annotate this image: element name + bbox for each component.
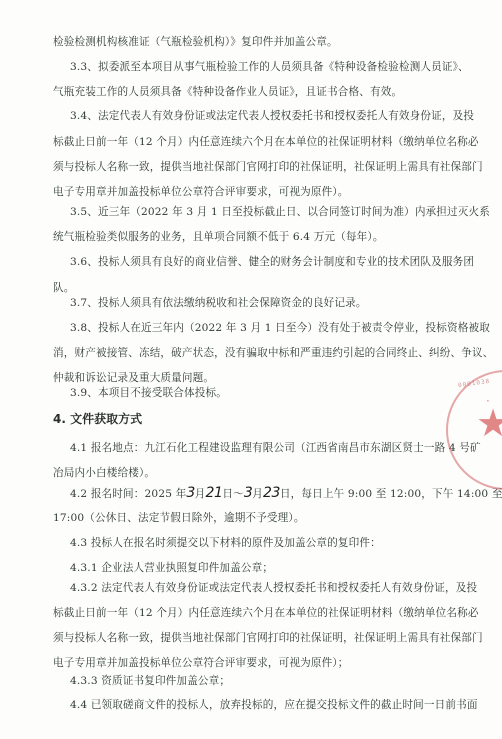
text-line-4-3: 4.3 投标人在报名时须提交以下材料的原件及加盖公章的复印件： <box>70 536 381 550</box>
text-line-3-4-cont2: 须与投标人名称一致，提供当地社保部门官网打印的社保证明，社保证明上需具有社保部门 <box>53 160 483 174</box>
text-line-3-7: 3.7、投标人须具有依法缴纳税收和社会保障资金的良好记录。 <box>70 296 367 310</box>
text-line-4-4: 4.4 已领取磋商文件的投标人，放弃投标的，应在提交投标文件的截止时间一日前书面 <box>70 698 478 712</box>
day-range-separator: 日～ <box>222 488 244 500</box>
text-line-4-1-cont: 冶局内小白楼给楼）。 <box>53 466 155 480</box>
text-line-3-3-cont: 气瓶充装工作的人员须具备《特种设备作业人员证》，且证书合格、有效。 <box>53 85 402 99</box>
text-line-3-8-cont1: 消，财产被接管、冻结，破产状态，没有骗取中标和严重违约引起的合同终止、纠纷、争议… <box>53 346 494 360</box>
handwritten-day-end: 23 <box>263 485 280 501</box>
text-line-4-2: 4.2 报名时间：2025 年3月21日～3月23日，每日上午 9:00 至 1… <box>70 486 502 501</box>
text-line-3-4-cont3: 电子专用章并加盖投标单位公章符合评审要求，可视为原件）。 <box>53 185 349 199</box>
section-heading-document-acquisition: 4. 文件获取方式 <box>53 410 142 427</box>
text-line-4-3-3: 4.3.3 资质证书复印件加盖公章； <box>70 674 230 688</box>
handwritten-day-start: 21 <box>206 485 223 501</box>
text-line-4-3-2-cont2: 须与投标人名称一致，提供当地社保部门官网打印的社保证明，社保证明上需具有社保部门 <box>53 631 483 645</box>
month-label: 月 <box>252 488 263 500</box>
text-line-3-3: 3.3、拟委派至本项目从事气瓶检验工作的人员须具备《特种设备检验检测人员证》、 <box>70 60 469 74</box>
text-line-4-3-2-cont1: 标截止日前一年（12 个月）内任意连续六个月在本单位的社保证明材料（缴纳单位名称… <box>53 606 479 620</box>
text-line-3-6-cont: 队。 <box>53 281 75 295</box>
star-icon: ★ <box>476 404 502 442</box>
text-line-3-4-cont1: 标截止日前一年（12 个月）内任意连续六个月在本单位的社保证明材料（缴纳单位名称… <box>53 135 479 149</box>
text-line-4-2-cont: 17:00（公休日、法定节假日除外，逾期不予受理）。 <box>53 511 305 525</box>
text-line-3-6: 3.6、投标人须具有良好的商业信誉、健全的财务会计制度和专业的技术团队及服务团 <box>70 255 474 269</box>
seal-text-char: · <box>486 394 490 408</box>
text-line-4-3-2-cont3: 电子专用章并加盖投标单位公章符合评审要求，可视为原件）； <box>53 656 349 670</box>
text-line-3-5-cont: 统气瓶检验类似服务的业务，且单项合同额不低于 6.4 万元（每年）。 <box>53 230 384 244</box>
text-line-3-8: 3.8、投标人在近三年内（2022 年 3 月 1 日至今）没有处于被责令停业，… <box>70 321 490 335</box>
registration-time-suffix: 日，每日上午 9:00 至 12:00，下午 14:00 至 <box>280 488 502 500</box>
text-line-3-5: 3.5、近三年（2022 年 3 月 1 日至投标截止日、以合同签订时间为准）内… <box>70 205 490 219</box>
text-line-qualification-cert: 检验检测机构核准证（气瓶检验机构）》复印件并加盖公章。 <box>53 35 338 49</box>
text-line-4-3-1: 4.3.1 企业法人营业执照复印件加盖公章； <box>70 561 273 575</box>
handwritten-month-start: 3 <box>186 485 194 501</box>
document-page: 检验检测机构核准证（气瓶检验机构）》复印件并加盖公章。 3.3、拟委派至本项目从… <box>0 0 502 739</box>
text-line-3-8-cont2: 仲裁和诉讼记录及重大质量问题。 <box>53 371 214 385</box>
text-line-4-1: 4.1 报名地点：九江石化工程建设监理有限公司（江西省南昌市东湖区贤士一路 4 … <box>70 441 481 455</box>
text-line-3-9: 3.9、本项目不接受联合体投标。 <box>70 386 227 400</box>
text-line-3-4: 3.4、法定代表人有效身份证或法定代表人授权委托书和授权委托人有效身份证，及投 <box>70 109 474 123</box>
month-label: 月 <box>195 488 206 500</box>
text-line-4-3-2: 4.3.2 法定代表人有效身份证或法定代表人授权委托书和授权委托人有效身份证，及… <box>70 581 477 595</box>
seal-code: 0001038 <box>458 378 491 389</box>
company-seal-stamp: 0001038 ★ · <box>446 370 502 490</box>
registration-time-prefix: 4.2 报名时间：2025 年 <box>70 488 186 500</box>
